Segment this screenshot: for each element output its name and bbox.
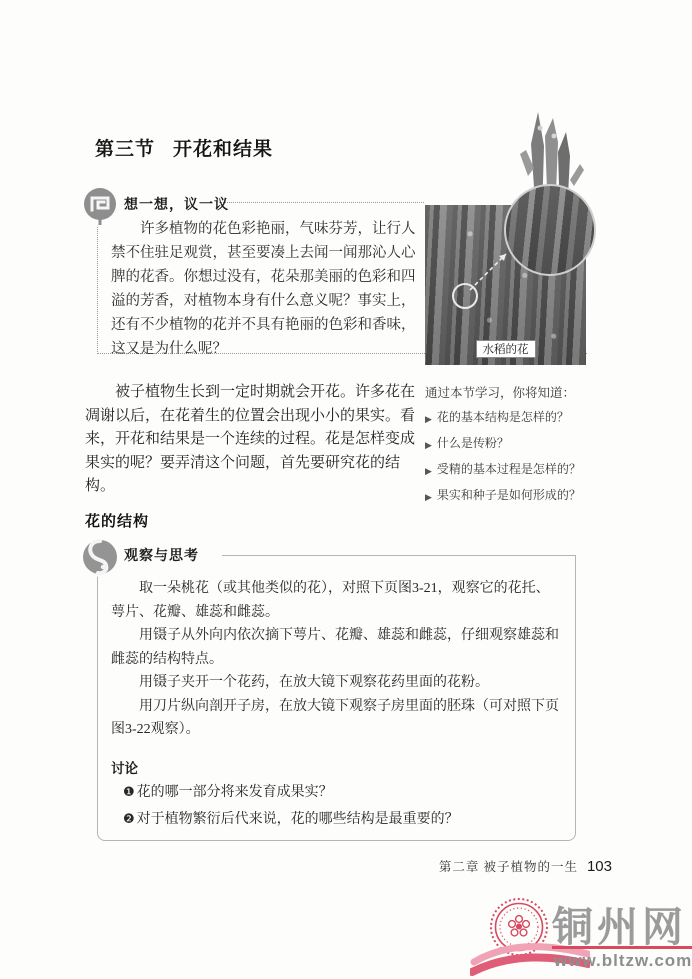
goal-text: 什么是传粉？ — [437, 435, 509, 453]
watermark-url: www.bltzw.com — [554, 951, 692, 971]
think-discuss-icon — [80, 186, 120, 226]
discussion-text: 花的哪一部分将来发育成果实？ — [137, 785, 333, 800]
section-name: 开花和结果 — [173, 139, 273, 160]
goal-text: 果实和种子是如何形成的？ — [437, 487, 581, 505]
page-number: 103 — [587, 858, 612, 875]
intro-paragraph: 被子植物生长到一定时期就会开花。许多花在凋谢以后，在花着生的位置会出现小小的果实… — [85, 381, 423, 499]
triangle-bullet-icon: ▶ — [425, 411, 432, 427]
section-label: 第三节 — [95, 139, 155, 160]
learning-goals-title: 通过本节学习，你将知道： — [425, 383, 605, 401]
observe-step: 取一朵桃花（或其他类似的花），对照下页图3-21，观察它的花托、萼片、花瓣、雄蕊… — [111, 577, 561, 624]
think-discuss-paragraph: 许多植物的花色彩艳丽，气味芬芳，让行人禁不住驻足观赏，甚至要凑上去闻一闻那沁人心… — [111, 217, 425, 361]
triangle-bullet-icon: ▶ — [425, 437, 432, 453]
learning-goal-item: ▶ 受精的基本过程是怎样的？ — [425, 461, 605, 479]
learning-goal-item: ▶ 果实和种子是如何形成的？ — [425, 487, 605, 505]
discussion-item: ❷对于植物繁衍后代来说，花的哪些结构是最重要的？ — [123, 808, 575, 832]
observe-step: 用镊子从外向内依次摘下萼片、花瓣、雄蕊和雌蕊，仔细观察雄蕊和雌蕊的结构特点。 — [111, 624, 561, 671]
goal-text: 受精的基本过程是怎样的？ — [437, 461, 581, 479]
think-discuss-title: 想一想，议一议 — [124, 194, 229, 214]
page-title: 第三节开花和结果 — [95, 134, 273, 161]
learning-goal-item: ▶ 花的基本结构是怎样的？ — [425, 409, 605, 427]
triangle-bullet-icon: ▶ — [425, 489, 432, 505]
learning-goal-item: ▶ 什么是传粉？ — [425, 435, 605, 453]
chapter-label: 第二章 被子植物的一生 — [439, 857, 578, 875]
watermark-site-name: 铜州网 — [552, 894, 687, 953]
learning-goals: 通过本节学习，你将知道： ▶ 花的基本结构是怎样的？ ▶ 什么是传粉？ ▶ 受精… — [425, 383, 605, 513]
observe-think-title: 观察与思考 — [124, 545, 199, 565]
discussion-title: 讨论 — [111, 757, 575, 777]
numbered-circle-icon: ❷ — [123, 812, 135, 827]
observe-steps: 取一朵桃花（或其他类似的花），对照下页图3-21，观察它的花托、萼片、花瓣、雄蕊… — [111, 577, 561, 742]
photo-caption: 水稻的花 — [476, 340, 536, 358]
watermark: 铜州网 www.bltzw.com — [470, 894, 692, 979]
subheading-flower-structure: 花的结构 — [85, 510, 149, 531]
numbered-circle-icon: ❶ — [123, 785, 135, 800]
triangle-bullet-icon: ▶ — [425, 463, 432, 479]
observe-step: 用镊子夹开一个花药，在放大镜下观察花药里面的花粉。 — [111, 671, 561, 695]
dashed-arrow — [462, 242, 518, 296]
observe-step: 用刀片纵向剖开子房，在放大镜下观察子房里面的胚珠（可对照下页图3-22观察）。 — [111, 695, 561, 742]
discussion-text: 对于植物繁衍后代来说，花的哪些结构是最重要的？ — [137, 812, 459, 827]
observe-think-icon — [80, 537, 120, 577]
textbook-page: 第三节开花和结果 想一想，议一议 许多植物的花色彩艳丽，气味芬芳，让行人禁不住驻… — [0, 0, 692, 979]
page-footer: 第二章 被子植物的一生 103 — [439, 857, 612, 875]
goal-text: 花的基本结构是怎样的？ — [437, 409, 569, 427]
discussion-item: ❶花的哪一部分将来发育成果实？ — [123, 781, 575, 805]
watermark-divider — [552, 946, 692, 949]
observe-think-box: 取一朵桃花（或其他类似的花），对照下页图3-21，观察它的花托、萼片、花瓣、雄蕊… — [97, 555, 576, 841]
